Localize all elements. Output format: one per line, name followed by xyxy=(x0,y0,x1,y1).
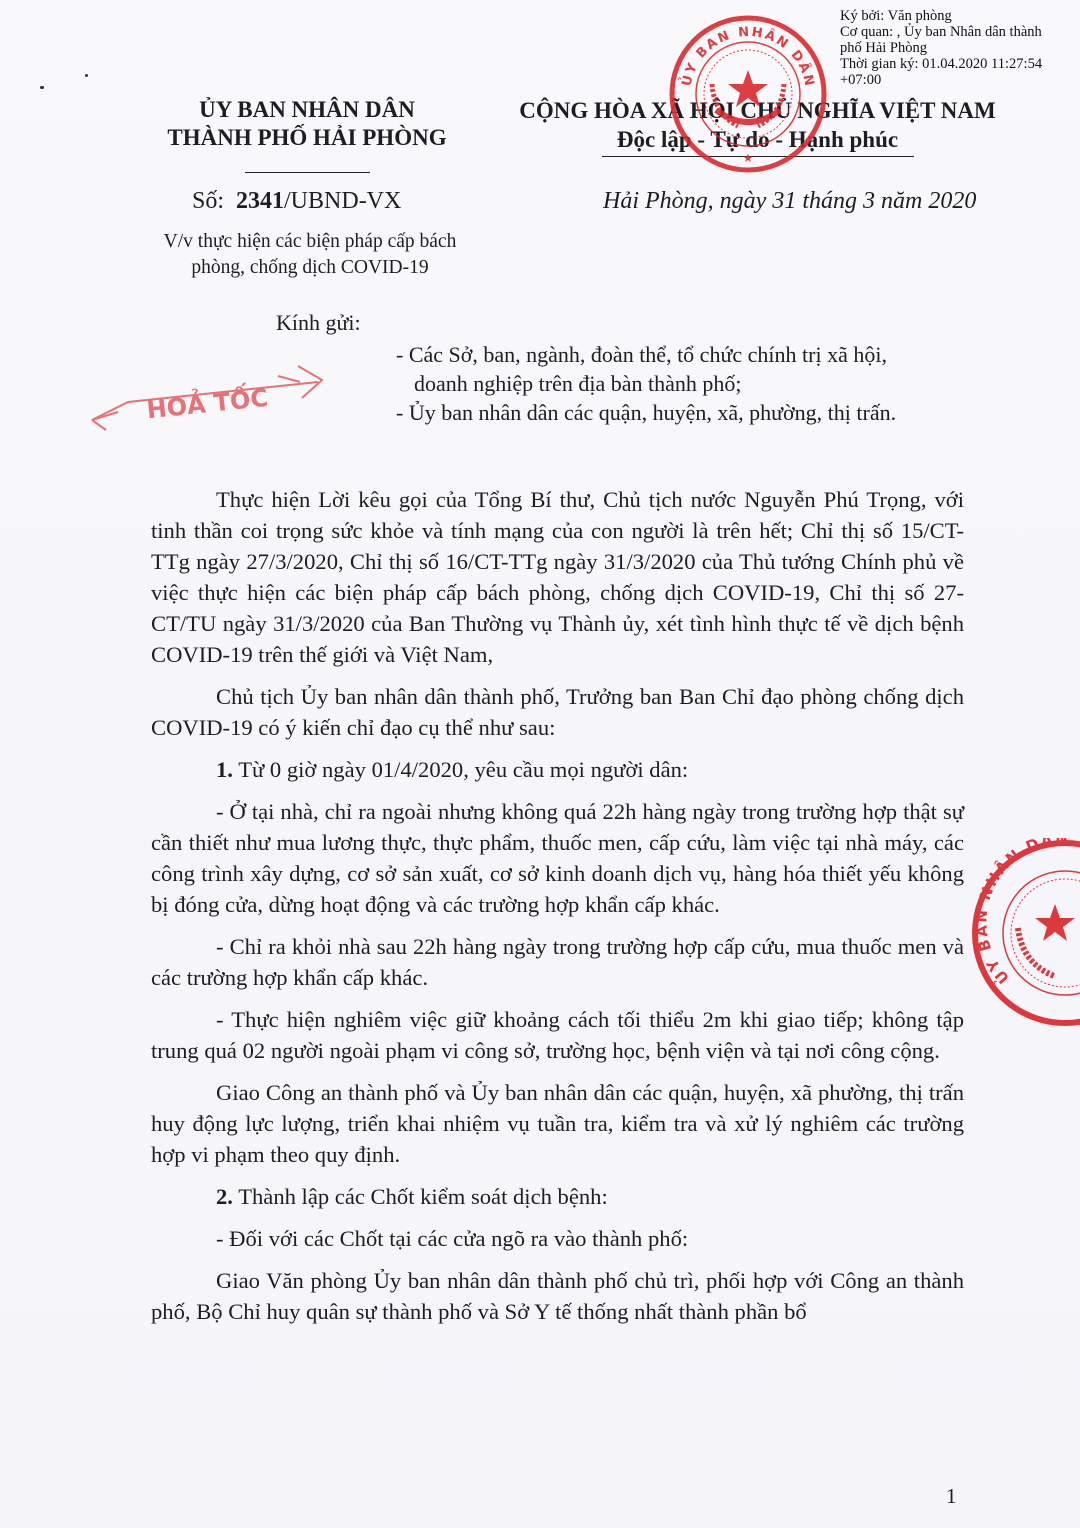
national-name: CỘNG HÒA XÃ HỘI CHỦ NGHĨA VIỆT NAM xyxy=(505,96,1010,125)
document-number: Số: 2341/UBND-VX xyxy=(192,188,401,215)
number-label: Số: xyxy=(192,188,224,214)
section-number: 1. xyxy=(216,757,233,782)
signing-agency: Cơ quan: , Ủy ban Nhân dân thành xyxy=(840,24,1042,40)
section-title: Từ 0 giờ ngày 01/4/2020, yêu cầu mọi ngư… xyxy=(233,757,688,782)
recipient-item: - Các Sở, ban, ngành, đoàn thể, tổ chức … xyxy=(396,340,896,369)
section-1-heading: 1. Từ 0 giờ ngày 01/4/2020, yêu cầu mọi … xyxy=(151,754,964,785)
scan-speck xyxy=(40,86,44,89)
svg-text:ỦY BAN NHÂN DÂN THÀNH PHỐ HẢI: ỦY BAN NHÂN DÂN THÀNH PHỐ HẢI PHÒNG xyxy=(970,838,1080,989)
paragraph: - Ở tại nhà, chỉ ra ngoài nhưng không qu… xyxy=(151,796,964,920)
signing-agency-cont: phố Hải Phòng xyxy=(840,40,1042,56)
paragraph: - Đối với các Chốt tại các cửa ngõ ra và… xyxy=(151,1223,964,1254)
paragraph: Giao Công an thành phố và Ủy ban nhân dâ… xyxy=(151,1077,964,1170)
signing-timezone: +07:00 xyxy=(840,72,1042,88)
urgent-label: HOẢ TỐC xyxy=(145,379,270,425)
digital-signature-block: Ký bởi: Văn phòng Cơ quan: , Ủy ban Nhân… xyxy=(840,8,1042,88)
official-seal-partial-icon: ỦY BAN NHÂN DÂN THÀNH PHỐ HẢI PHÒNG xyxy=(970,838,1080,1028)
motto-underline xyxy=(602,156,914,157)
subject-line2: phòng, chống dịch COVID-19 xyxy=(140,255,480,281)
urgent-arrow-stamp-icon: HOẢ TỐC xyxy=(88,360,328,432)
recipient-item: doanh nghiệp trên địa bàn thành phố; xyxy=(396,369,896,398)
paragraph: Chủ tịch Ủy ban nhân dân thành phố, Trưở… xyxy=(151,681,964,743)
authority-line1: ỦY BAN NHÂN DÂN xyxy=(148,96,466,124)
national-title: CỘNG HÒA XÃ HỘI CHỦ NGHĨA VIỆT NAM Độc l… xyxy=(505,96,1010,157)
section-number: 2. xyxy=(216,1184,233,1209)
document-body: Thực hiện Lời kêu gọi của Tổng Bí thư, C… xyxy=(151,484,964,1338)
national-motto: Độc lập - Tự do - Hạnh phúc xyxy=(505,125,1010,154)
paragraph: - Thực hiện nghiêm việc giữ khoảng cách … xyxy=(151,1004,964,1066)
paragraph: - Chỉ ra khỏi nhà sau 22h hàng ngày tron… xyxy=(151,931,964,993)
section-2-heading: 2. Thành lập các Chốt kiểm soát dịch bện… xyxy=(151,1181,964,1212)
recipients-list: - Các Sở, ban, ngành, đoàn thể, tổ chức … xyxy=(396,340,896,427)
paragraph: Giao Văn phòng Ủy ban nhân dân thành phố… xyxy=(151,1265,964,1327)
recipient-item: - Ủy ban nhân dân các quận, huyện, xã, p… xyxy=(396,398,896,427)
section-title: Thành lập các Chốt kiểm soát dịch bệnh: xyxy=(233,1184,608,1209)
signing-time: Thời gian ký: 01.04.2020 11:27:54 xyxy=(840,56,1042,72)
paragraph: Thực hiện Lời kêu gọi của Tổng Bí thư, C… xyxy=(151,484,964,670)
document-page: Ký bởi: Văn phòng Cơ quan: , Ủy ban Nhân… xyxy=(0,0,1080,1528)
document-subject: V/v thực hiện các biện pháp cấp bách phò… xyxy=(140,229,480,281)
authority-line2: THÀNH PHỐ HẢI PHÒNG xyxy=(148,124,466,152)
issuing-authority: ỦY BAN NHÂN DÂN THÀNH PHỐ HẢI PHÒNG xyxy=(148,96,466,180)
document-date: Hải Phòng, ngày 31 tháng 3 năm 2020 xyxy=(603,188,976,215)
signed-by: Ký bởi: Văn phòng xyxy=(840,8,1042,24)
page-number: 1 xyxy=(946,1484,957,1509)
number-value: 2341 xyxy=(236,188,284,214)
authority-underline xyxy=(245,172,370,173)
scan-speck xyxy=(85,74,88,77)
subject-line1: V/v thực hiện các biện pháp cấp bách xyxy=(140,229,480,255)
number-suffix: /UBND-VX xyxy=(284,188,401,214)
recipients-label: Kính gửi: xyxy=(276,310,361,336)
svg-text:ỦY BAN NHÂN DÂN THÀNH PHỐ HẢI: ỦY BAN NHÂN DÂN THÀNH PHỐ HẢI PHÒNG xyxy=(668,14,817,95)
